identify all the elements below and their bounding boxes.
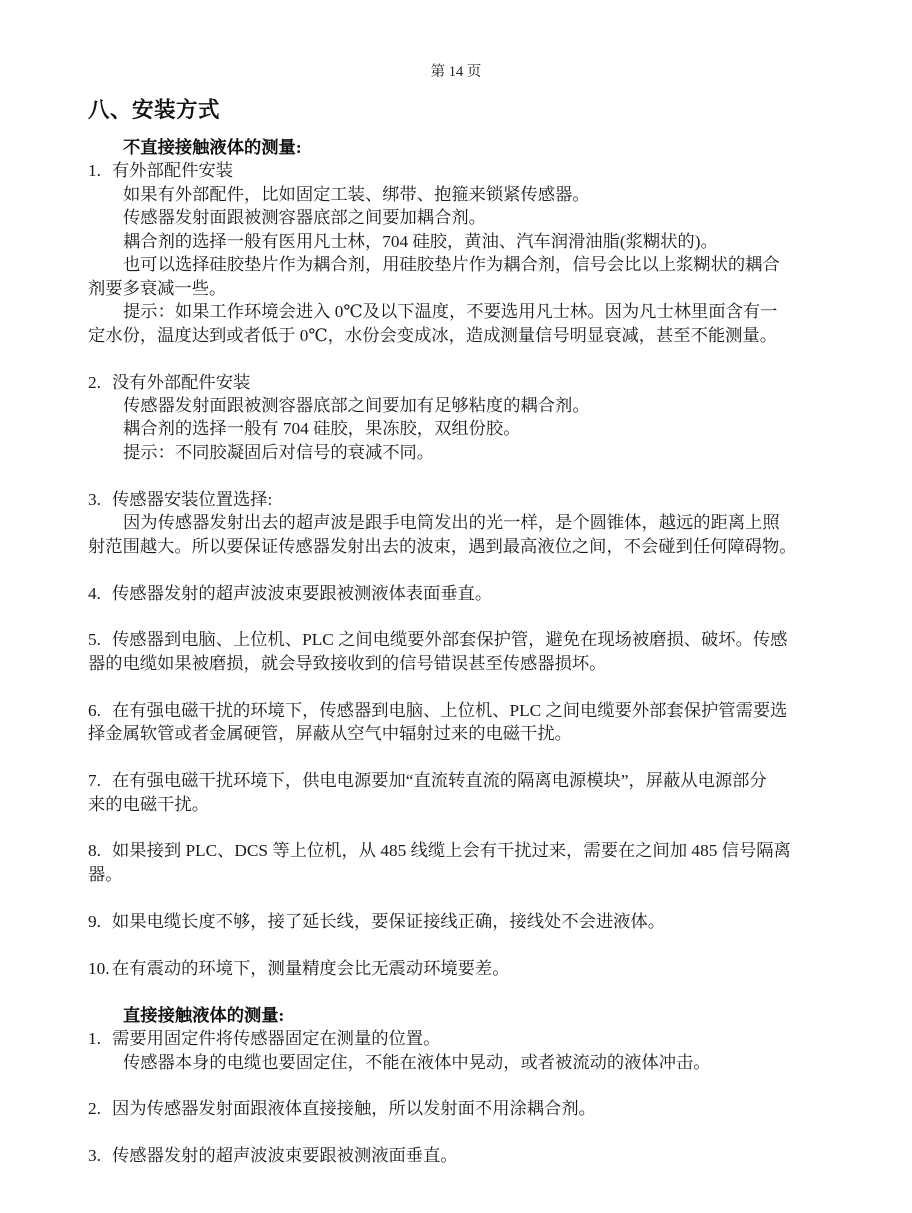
list-item: 9.如果电缆长度不够，接了延长线，要保证接线正确，接线处不会进液体。 [88,910,828,933]
list-number: 1. [88,1027,112,1050]
list-text: 在有强电磁干扰的环境下，传感器到电脑、上位机、PLC 之间电缆要外部套保护管需要… [112,701,787,720]
list-item: 7.在有强电磁干扰环境下，供电电源要加“直流转直流的隔离电源模块”，屏蔽从电源部… [88,769,828,792]
subsection-heading: 直接接触液体的测量: [88,1004,828,1027]
paragraph-line: 也可以选择硅胶垫片作为耦合剂，用硅胶垫片作为耦合剂，信号会比以上浆糊状的耦合 [88,253,828,276]
paragraph-line: 剂要多衰减一些。 [88,277,828,300]
document-title: 八、安装方式 [88,95,220,125]
list-text: 传感器发射的超声波波束要跟被测液面垂直。 [112,1146,458,1165]
list-item: 1.需要用固定件将传感器固定在测量的位置。 [88,1027,828,1050]
document-body: 不直接接触液体的测量:1.有外部配件安装如果有外部配件，比如固定工装、绑带、抱箍… [88,136,828,1168]
list-number: 10. [88,957,112,980]
list-item: 1.有外部配件安装 [88,159,828,182]
list-number: 2. [88,371,112,394]
paragraph-line: 择金属软管或者金属硬管，屏蔽从空气中辐射过来的电磁干扰。 [88,722,828,745]
paragraph-line: 射范围越大。所以要保证传感器发射出去的波束，遇到最高液位之间，不会碰到任何障碍物… [88,535,828,558]
list-item: 3.传感器发射的超声波波束要跟被测液面垂直。 [88,1144,828,1167]
paragraph-line: 提示：如果工作环境会进入 0℃及以下温度，不要选用凡士林。因为凡士林里面含有一 [88,300,828,323]
list-number: 8. [88,839,112,862]
paragraph-line: 耦合剂的选择一般有医用凡士林，704 硅胶，黄油、汽车润滑油脂(浆糊状的)。 [88,230,828,253]
list-number: 4. [88,582,112,605]
list-text: 如果接到 PLC、DCS 等上位机，从 485 线缆上会有干扰过来，需要在之间加… [112,841,791,860]
page-number: 第 14 页 [0,63,912,82]
paragraph-line: 定水份，温度达到或者低于 0℃，水份会变成冰，造成测量信号明显衰减，甚至不能测量… [88,324,828,347]
paragraph-line: 如果有外部配件，比如固定工装、绑带、抱箍来锁紧传感器。 [88,183,828,206]
paragraph-line: 来的电磁干扰。 [88,793,828,816]
list-text: 传感器到电脑、上位机、PLC 之间电缆要外部套保护管，避免在现场被磨损、破坏。传… [112,630,787,649]
list-text: 如果电缆长度不够，接了延长线，要保证接线正确，接线处不会进液体。 [112,912,665,931]
list-number: 1. [88,159,112,182]
list-number: 2. [88,1097,112,1120]
paragraph-line: 传感器发射面跟被测容器底部之间要加耦合剂。 [88,206,828,229]
document-page: 第 14 页 八、安装方式 不直接接触液体的测量:1.有外部配件安装如果有外部配… [0,0,912,1213]
list-text: 在有强电磁干扰环境下，供电电源要加“直流转直流的隔离电源模块”，屏蔽从电源部分 [112,771,767,790]
paragraph-line: 器。 [88,863,828,886]
list-item: 2.没有外部配件安装 [88,371,828,394]
list-text: 需要用固定件将传感器固定在测量的位置。 [112,1029,440,1048]
list-number: 9. [88,910,112,933]
paragraph-line: 提示：不同胶凝固后对信号的衰减不同。 [88,441,828,464]
list-item: 3.传感器安装位置选择: [88,488,828,511]
list-item: 5.传感器到电脑、上位机、PLC 之间电缆要外部套保护管，避免在现场被磨损、破坏… [88,628,828,651]
list-item: 8.如果接到 PLC、DCS 等上位机，从 485 线缆上会有干扰过来，需要在之… [88,839,828,862]
list-number: 6. [88,699,112,722]
subsection-heading: 不直接接触液体的测量: [88,136,828,159]
paragraph-line: 传感器本身的电缆也要固定住，不能在液体中晃动，或者被流动的液体冲击。 [88,1051,828,1074]
list-number: 3. [88,488,112,511]
list-text: 传感器安装位置选择: [112,490,272,509]
list-item: 2.因为传感器发射面跟液体直接接触，所以发射面不用涂耦合剂。 [88,1097,828,1120]
list-item: 10.在有震动的环境下，测量精度会比无震动环境要差。 [88,957,828,980]
paragraph-line: 因为传感器发射出去的超声波是跟手电筒发出的光一样，是个圆锥体，越远的距离上照 [88,511,828,534]
list-text: 有外部配件安装 [112,161,233,180]
list-item: 4.传感器发射的超声波波束要跟被测液体表面垂直。 [88,582,828,605]
paragraph-line: 器的电缆如果被磨损，就会导致接收到的信号错误甚至传感器损坏。 [88,652,828,675]
list-number: 7. [88,769,112,792]
list-text: 没有外部配件安装 [112,373,250,392]
list-text: 传感器发射的超声波波束要跟被测液体表面垂直。 [112,584,492,603]
list-text: 因为传感器发射面跟液体直接接触，所以发射面不用涂耦合剂。 [112,1099,596,1118]
list-text: 在有震动的环境下，测量精度会比无震动环境要差。 [112,959,509,978]
list-number: 3. [88,1144,112,1167]
paragraph-line: 传感器发射面跟被测容器底部之间要加有足够粘度的耦合剂。 [88,394,828,417]
list-number: 5. [88,628,112,651]
paragraph-line: 耦合剂的选择一般有 704 硅胶，果冻胶，双组份胶。 [88,417,828,440]
list-item: 6.在有强电磁干扰的环境下，传感器到电脑、上位机、PLC 之间电缆要外部套保护管… [88,699,828,722]
